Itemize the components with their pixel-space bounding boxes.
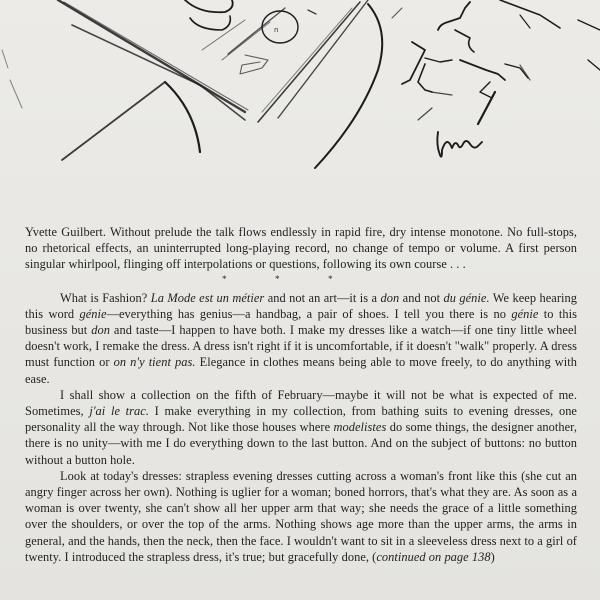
charcoal-illustration: n: [0, 0, 600, 200]
italic-text-run: La Mode est un métier: [151, 291, 265, 305]
separator-asterisk: *: [222, 275, 227, 284]
body-paragraph: Look at today's dresses: strapless eveni…: [25, 468, 577, 565]
text-run: and not: [399, 291, 443, 305]
italic-text-run: du génie.: [443, 291, 489, 305]
body-paragraph: What is Fashion? La Mode est un métier a…: [25, 290, 577, 387]
intro-paragraph: Yvette Guilbert. Without prelude the tal…: [25, 224, 577, 273]
text-run: What is Fashion?: [60, 291, 151, 305]
separator-asterisk: *: [275, 275, 280, 284]
article-body: Yvette Guilbert. Without prelude the tal…: [25, 224, 577, 565]
continued-on-page-note: continued on page 138: [376, 550, 490, 564]
text-run: and not an art—it is a: [264, 291, 380, 305]
text-run: ): [491, 550, 495, 564]
body-paragraph: I shall show a collection on the fifth o…: [25, 387, 577, 468]
italic-text-run: modelistes: [334, 420, 387, 434]
italic-text-run: génie: [511, 307, 538, 321]
magazine-page: n: [0, 0, 600, 600]
signature-gris: [437, 132, 482, 157]
svg-text:n: n: [274, 26, 278, 34]
section-separator: * * *: [25, 273, 577, 290]
italic-text-run: on n'y tient pas.: [114, 355, 196, 369]
italic-text-run: j'ai le trac.: [89, 404, 149, 418]
italic-text-run: génie: [79, 307, 106, 321]
italic-text-run: don: [381, 291, 400, 305]
sketch-drawing: n: [0, 0, 600, 200]
italic-text-run: don: [91, 323, 110, 337]
text-run: —everything has genius—a handbag, a pair…: [107, 307, 512, 321]
separator-asterisk: *: [328, 275, 333, 284]
